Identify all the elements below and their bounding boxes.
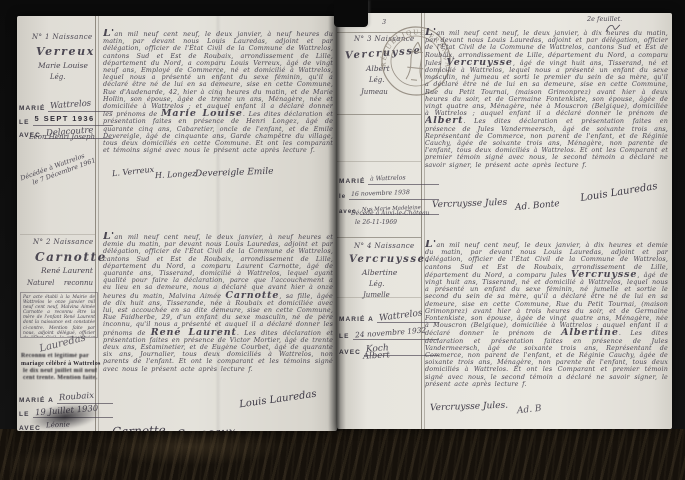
act1-margin-number: N° 1 Naissance bbox=[32, 33, 93, 41]
book-gutter-shadow bbox=[328, 14, 346, 431]
margin-rule-horizontal bbox=[20, 234, 95, 235]
act4-signature-declarant: Vercruysse Jules. bbox=[430, 401, 508, 414]
act1-body-text: L'an mil neuf cent neuf, le deux janvier… bbox=[103, 29, 333, 166]
act4-signature-witness: Ad. B bbox=[517, 404, 543, 417]
act1-margin-status: Lég. bbox=[50, 73, 66, 81]
act1-signature-declarant: L. Verreux bbox=[112, 165, 155, 178]
act3-signature-witness: Ad. Bonte bbox=[515, 199, 560, 213]
binder-clip bbox=[334, 0, 368, 27]
act3-death-note-line1: Décédé à Auxi-le-Château bbox=[351, 210, 430, 217]
table-surface bbox=[0, 429, 685, 480]
act2-status-naturel: Naturel bbox=[27, 279, 54, 287]
act4-marriage-spouse-firstnames: Albert bbox=[363, 350, 390, 361]
act4-margin-surname: Vercruysse. bbox=[349, 254, 431, 265]
act2-signature-declarant: Carnotte bbox=[112, 423, 166, 431]
margin-rule-horizontal bbox=[337, 237, 421, 238]
act2-legitimation-line3: le dix neuf juillet mil neuf bbox=[23, 368, 97, 374]
act4-margin-twin: Jumelle bbox=[363, 291, 390, 299]
margin-rule-horizontal bbox=[337, 114, 421, 115]
scanned-register-photo: N° 1 Naissance Verreux Marie Louise Lég.… bbox=[0, 0, 685, 480]
folio-note: 2e feuillet. bbox=[587, 15, 622, 23]
act4-margin-status: Lég. bbox=[369, 280, 385, 288]
act3-death-note-line2: le 26-11-1969 bbox=[355, 219, 397, 226]
act2-legitimation-line2: mariage célébré à Wattrelos bbox=[21, 361, 101, 367]
act1-signature-witness2: Devereigle Emile bbox=[195, 167, 274, 180]
act2-margin-number: N° 2 Naissance bbox=[33, 238, 94, 246]
act3-body-text: L'an mil neuf cent neuf, le deux janvier… bbox=[425, 28, 668, 194]
act4-margin-number: N° 4 Naissance bbox=[354, 242, 415, 250]
act1-margin-firstnames: Marie Louise bbox=[38, 61, 88, 70]
register-right-page: 3 2e feuillet. N° 3 Naissance Vercruysse… bbox=[337, 13, 672, 429]
act4-body-text: L'an mil neuf cent neuf, le deux janvier… bbox=[425, 240, 668, 392]
act2-recognition-note: Par acte établi à la Mairie de Wattrelos… bbox=[20, 292, 98, 338]
act2-status-reconnu: reconnu bbox=[64, 279, 93, 287]
margin-rule-vertical bbox=[98, 16, 99, 431]
act2-signature-witness: Senecaux bbox=[177, 424, 236, 431]
act2-body-text: L'an mil neuf cent neuf, le deux janvier… bbox=[103, 232, 333, 392]
act1-marriage-spouse-firstnames: Léon Henri Joseph bbox=[29, 133, 95, 141]
act2-margin-status: Naturel reconnu bbox=[27, 279, 93, 287]
act2-legitimation-line4: cent trente. Mention faite. bbox=[23, 375, 97, 381]
register-left-page: N° 1 Naissance Verreux Marie Louise Lég.… bbox=[17, 16, 337, 431]
act4-margin-firstnames: Albertine bbox=[362, 268, 397, 277]
act2-legitimation-line1: Reconnu et légitimé par bbox=[21, 353, 89, 359]
margin-rule-horizontal bbox=[337, 161, 421, 162]
act1-margin-surname: Verreux bbox=[36, 45, 95, 58]
act2-margin-surname: Carnotte bbox=[35, 250, 107, 264]
act2-margin-firstnames: René Laurent bbox=[41, 266, 93, 275]
act3-signature-declarant: Vercruysse Jules bbox=[432, 198, 507, 211]
act1-signature-witness1: H. Longez bbox=[155, 169, 197, 180]
act1-death-note: Décédée à Wattrelos le 7 Décembre 1961 bbox=[19, 142, 115, 190]
